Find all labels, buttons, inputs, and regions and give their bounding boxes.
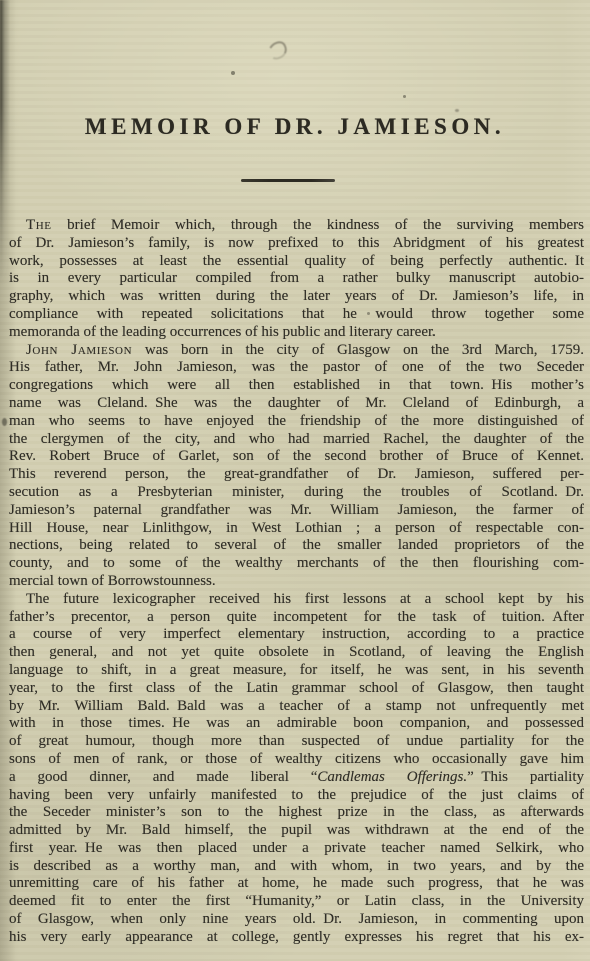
paper-speck <box>455 109 459 112</box>
text-line: congregations which were all then establ… <box>9 377 584 395</box>
small-caps-text: The <box>26 217 52 233</box>
text-segment: mercial town of Borrowstounness. <box>9 573 216 589</box>
text-segment: Jamieson’s paternal grandfather was Mr. … <box>9 502 584 518</box>
text-segment: The future lexicographer received his fi… <box>26 591 584 607</box>
scanned-book-page: { "page": { "title": "MEMOIR OF DR. JAMI… <box>0 0 590 961</box>
text-segment: with in those times. He was an admirable… <box>9 715 584 731</box>
text-segment: a course of very imperfect elementary in… <box>9 626 584 642</box>
paper-stain <box>266 39 290 61</box>
text-segment: brief Memoir which, through the kindness… <box>52 217 584 233</box>
text-line: graphy, which was written during the lat… <box>9 288 584 306</box>
text-line: Jamieson’s paternal grandfather was Mr. … <box>9 502 584 520</box>
text-segment: secution as a Presbyterian minister, dur… <box>9 484 584 500</box>
text-line: with in those times. He was an admirable… <box>9 715 584 733</box>
text-segment: by Mr. William Bald. Bald was a teacher … <box>9 698 584 714</box>
text-segment: year, to the first class of the Latin gr… <box>9 680 584 696</box>
text-segment: This reverend person, the great-grandfat… <box>9 466 584 482</box>
small-caps-text: John Jamieson <box>26 342 132 358</box>
text-segment: then general, and not yet quite obsolete… <box>9 644 584 660</box>
text-segment: the clergymen of the city, and who had m… <box>9 431 584 447</box>
text-segment: language to shift, in a great measure, f… <box>9 662 584 678</box>
text-segment: father’s precentor, a person quite incom… <box>9 609 584 625</box>
text-segment: compliance with repeated solicitations t… <box>9 306 584 322</box>
page-title-text: MEMOIR OF DR. JAMIESON. <box>85 114 505 139</box>
italic-text: Candlemas Offerings. <box>317 769 467 785</box>
text-line: name was Cleland. She was the daughter o… <box>9 395 584 413</box>
text-segment: is in every particular compiled from a r… <box>9 270 584 286</box>
text-line: Hill House, near Linlithgow, in West Lot… <box>9 520 584 538</box>
text-segment: man who seems to have enjoyed the friend… <box>9 413 584 429</box>
text-line: mercial town of Borrowstounness. <box>9 573 584 591</box>
text-segment: his very early appearance at college, ge… <box>9 929 584 945</box>
text-segment: admitted by Mr. Bald himself, the pupil … <box>9 822 584 838</box>
text-line: first year. He was then placed under a p… <box>9 840 584 858</box>
text-segment: graphy, which was written during the lat… <box>9 288 584 304</box>
paragraph: John Jamieson was born in the city of Gl… <box>9 342 584 591</box>
text-line: then general, and not yet quite obsolete… <box>9 644 584 662</box>
text-line: Rev. Robert Bruce of Garlet, son of the … <box>9 448 584 466</box>
text-line: unremitting care of his father at home, … <box>9 875 584 893</box>
paragraph: The brief Memoir which, through the kind… <box>9 217 584 342</box>
text-line: county, and to some of the wealthy merch… <box>9 555 584 573</box>
text-segment: of Dr. Jamieson’s family, is now prefixe… <box>9 235 584 251</box>
text-line: The future lexicographer received his fi… <box>9 591 584 609</box>
text-line: sons of men of rank, or those of wealthy… <box>9 751 584 769</box>
text-segment: is described as a worthy man, and with w… <box>9 858 584 874</box>
text-segment: Hill House, near Linlithgow, in West Lot… <box>9 520 584 536</box>
text-line: having been very unfairly manifested to … <box>9 787 584 805</box>
text-line: deemed fit to enter the first “Humanity,… <box>9 893 584 911</box>
text-line: compliance with repeated solicitations t… <box>9 306 584 324</box>
text-line: secution as a Presbyterian minister, dur… <box>9 484 584 502</box>
text-segment: of Glasgow, when only nine years old. Dr… <box>9 911 584 927</box>
text-segment: sons of men of rank, or those of wealthy… <box>9 751 584 767</box>
text-line: man who seems to have enjoyed the friend… <box>9 413 584 431</box>
text-segment: of great humour, though more than suspec… <box>9 733 584 749</box>
text-line: a course of very imperfect elementary in… <box>9 626 584 644</box>
text-line: His father, Mr. John Jamieson, was the p… <box>9 359 584 377</box>
page-title: MEMOIR OF DR. JAMIESON. <box>0 114 590 140</box>
paragraph: The future lexicographer received his fi… <box>9 591 584 947</box>
text-line: language to shift, in a great measure, f… <box>9 662 584 680</box>
text-line: his very early appearance at college, ge… <box>9 929 584 947</box>
text-segment: memoranda of the leading occurrences of … <box>9 324 436 340</box>
text-line: John Jamieson was born in the city of Gl… <box>9 342 584 360</box>
paper-speck <box>231 71 235 75</box>
text-line: is in every particular compiled from a r… <box>9 270 584 288</box>
text-segment: unremitting care of his father at home, … <box>9 875 584 891</box>
text-segment: ” This partiality <box>467 769 584 785</box>
text-segment: county, and to some of the wealthy merch… <box>9 555 584 571</box>
text-segment: a good dinner, and made liberal “ <box>9 769 317 785</box>
text-line: of Glasgow, when only nine years old. Dr… <box>9 911 584 929</box>
text-line: work, possesses at least the essential q… <box>9 253 584 271</box>
paper-speck <box>2 418 7 426</box>
paper-speck <box>403 95 406 98</box>
text-line: of Dr. Jamieson’s family, is now prefixe… <box>9 235 584 253</box>
text-segment: name was Cleland. She was the daughter o… <box>9 395 584 411</box>
text-line: admitted by Mr. Bald himself, the pupil … <box>9 822 584 840</box>
text-line: the clergymen of the city, and who had m… <box>9 431 584 449</box>
text-line: is described as a worthy man, and with w… <box>9 858 584 876</box>
text-line: memoranda of the leading occurrences of … <box>9 324 584 342</box>
text-segment: the Seceder minister’s son to the highes… <box>9 804 584 820</box>
text-segment: congregations which were all then establ… <box>9 377 584 393</box>
text-segment: Rev. Robert Bruce of Garlet, son of the … <box>9 448 584 464</box>
text-segment: deemed fit to enter the first “Humanity,… <box>9 893 584 909</box>
text-line: of great humour, though more than suspec… <box>9 733 584 751</box>
body-text: The brief Memoir which, through the kind… <box>9 217 584 947</box>
text-segment: work, possesses at least the essential q… <box>9 253 584 269</box>
memoir-page: MEMOIR OF DR. JAMIESON. The brief Memoir… <box>0 0 590 961</box>
text-segment: His father, Mr. John Jamieson, was the p… <box>9 359 584 375</box>
text-line: The brief Memoir which, through the kind… <box>9 217 584 235</box>
text-segment: having been very unfairly manifested to … <box>9 787 584 803</box>
text-line: by Mr. William Bald. Bald was a teacher … <box>9 698 584 716</box>
text-line: nections, being related to several of th… <box>9 537 584 555</box>
text-line: the Seceder minister’s son to the highes… <box>9 804 584 822</box>
text-line: This reverend person, the great-grandfat… <box>9 466 584 484</box>
text-line: year, to the first class of the Latin gr… <box>9 680 584 698</box>
text-line: father’s precentor, a person quite incom… <box>9 609 584 627</box>
title-divider <box>241 179 335 182</box>
text-segment: nections, being related to several of th… <box>9 537 584 553</box>
text-segment: first year. He was then placed under a p… <box>9 840 584 856</box>
text-line: a good dinner, and made liberal “Candlem… <box>9 769 584 787</box>
text-segment: was born in the city of Glasgow on the 3… <box>132 342 584 358</box>
